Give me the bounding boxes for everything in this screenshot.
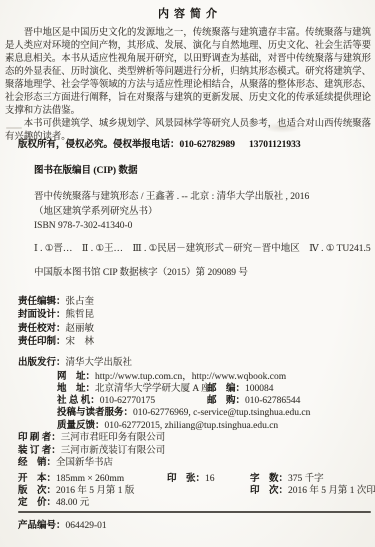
report-phone-label: 侵权举报电话： [113,140,180,150]
product-number-row: 产品编号：064429-01 [18,520,373,532]
report-phone-1: 010-62782989 [180,140,235,150]
distributor-row: 经 销：全国新华书店 [18,457,373,469]
staff-row-proofreader: 责任校对：赵丽敏 [18,323,373,335]
quality-feedback-value: 010-62772015, zhiliang@tup.tsinghua.edu.… [105,421,279,431]
product-number-value: 064429-01 [66,521,107,531]
reader-service-label: 投稿与读者服务： [57,408,133,418]
scan-artifact-dash [6,127,22,129]
website-row: 网 址：http://www.tup.com.cn，http://www.wqb… [57,371,373,383]
binder-name: 三河市新茂装订有限公司 [61,446,166,456]
cover-design-label: 封面设计： [18,310,66,320]
publisher-label: 出版发行： [18,358,66,368]
binder-row: 装 订 者：三河市新茂装订有限公司 [18,445,373,457]
printer-row: 印 刷 者：三河市君旺印务有限公司 [18,432,373,444]
postcode-col: 邮 编：100084 [207,383,274,395]
cip-title-line: 晋中传统聚落与建筑形态 / 王鑫著 . -- 北京 : 清华大学出版社 , 20… [34,191,373,203]
cip-record-line: 中国版本图书馆 CIP 数据核字（2015）第 209089 号 [34,267,373,279]
mailorder-label: 邮 购： [207,396,245,406]
words-value: 375 千字 [288,474,324,484]
report-phone-2: 13701121933 [249,140,301,150]
format-label: 开 本： [18,474,56,484]
product-number-label: 产品编号： [18,521,66,531]
quality-feedback-row: 质量反馈：010-62772015, zhiliang@tup.tsinghua… [57,420,373,432]
words-col: 字 数：375 千字 [250,473,324,485]
impression-value: 2016 年 5 月第 1 次印刷 [288,486,375,496]
cip-isbn-line: ISBN 978-7-302-41340-0 [34,220,373,232]
footer-divider [18,511,371,513]
address-row: 地 址：北京清华大学学研大厦 A 座 邮 编：100084 [57,383,373,395]
publisher-row: 出版发行：清华大学出版社 [18,357,373,369]
sheets-value: 16 [205,474,215,484]
binder-label: 装 订 者： [18,446,61,456]
printer-label: 印 刷 者： [18,433,61,443]
price-row: 定 价：48.00 元 [18,497,373,509]
reader-service-value: 010-62776969, c-service@tup.tsinghua.edu… [133,408,310,418]
cip-series-line: （地区建筑学系列研究丛书） [34,206,373,218]
copyright-line: 版权所有，侵权必究。侵权举报电话：010-6278298913701121933 [18,139,373,151]
staff-row-editor: 责任编辑：张占奎 [18,296,373,308]
distributor-name: 全国新华书店 [56,458,113,468]
switchboard-value: 010-62770175 [100,396,155,406]
switchboard-label: 社 总 机： [57,396,100,406]
postcode-label: 邮 编： [207,384,245,394]
proofreader-name: 赵丽敏 [66,324,95,334]
cip-heading: 图书在版编目 (CIP) 数据 [34,165,373,177]
price-value: 48.00 元 [56,498,89,508]
sheets-label: 印 张： [167,474,205,484]
print-supervisor-name: 宋 林 [66,337,95,347]
edition-value: 2016 年 5 月第 1 版 [56,486,134,496]
address-value: 北京清华大学学研大厦 A 座 [95,384,211,394]
website-label: 网 址： [57,372,95,382]
mailorder-col: 邮 购：010-62786544 [207,395,300,407]
editor-name: 张占奎 [66,297,95,307]
editor-label: 责任编辑： [18,297,66,307]
format-value: 185mm × 260mm [56,474,124,484]
words-label: 字 数： [250,474,288,484]
reader-service-row: 投稿与读者服务：010-62776969, c-service@tup.tsin… [57,407,373,419]
proofreader-label: 责任校对： [18,324,66,334]
address-label: 地 址： [57,384,95,394]
edition-row: 版 次：2016 年 5 月第 1 版 印 次：2016 年 5 月第 1 次印… [18,485,373,497]
postcode-value: 100084 [245,384,274,394]
format-row: 开 本：185mm × 260mm 印 张：16 字 数：375 千字 [18,473,373,485]
content-summary: 晋中地区是中国历史文化的发源地之一，传统聚落与建筑遗存丰富。传统聚落与建筑是人类… [5,27,371,144]
printer-name: 三河市君旺印务有限公司 [61,433,166,443]
distributor-label: 经 销： [18,458,56,468]
cip-classification-line: Ⅰ . ①晋… Ⅱ . ①王… Ⅲ . ①民居－建筑形式－研究－晋中地区 Ⅳ .… [34,243,373,255]
quality-feedback-label: 质量反馈： [57,421,105,431]
website-urls: http://www.tup.com.cn，http://www.wqbook.… [95,372,286,382]
switchboard-row: 社 总 机：010-62770175 邮 购：010-62786544 [57,395,373,407]
copyright-notice: 版权所有，侵权必究。 [18,140,113,150]
impression-label: 印 次： [250,486,288,496]
page-title: 内容简介 [0,5,375,21]
edition-label: 版 次： [18,486,56,496]
scan-artifact-smudge [263,122,301,133]
publisher-name: 清华大学出版社 [66,358,133,368]
summary-paragraph-1: 晋中地区是中国历史文化的发源地之一，传统聚落与建筑遗存丰富。传统聚落与建筑是人类… [5,27,371,118]
staff-row-cover-design: 封面设计：熊哲昆 [18,309,373,321]
mailorder-value: 010-62786544 [245,396,300,406]
price-label: 定 价： [18,498,56,508]
impression-col: 印 次：2016 年 5 月第 1 次印刷 [250,485,375,497]
print-supervisor-label: 责任印制： [18,337,66,347]
cover-design-name: 熊哲昆 [66,310,95,320]
staff-row-print-supervisor: 责任印制：宋 林 [18,336,373,348]
sheets-col: 印 张：16 [167,473,215,485]
